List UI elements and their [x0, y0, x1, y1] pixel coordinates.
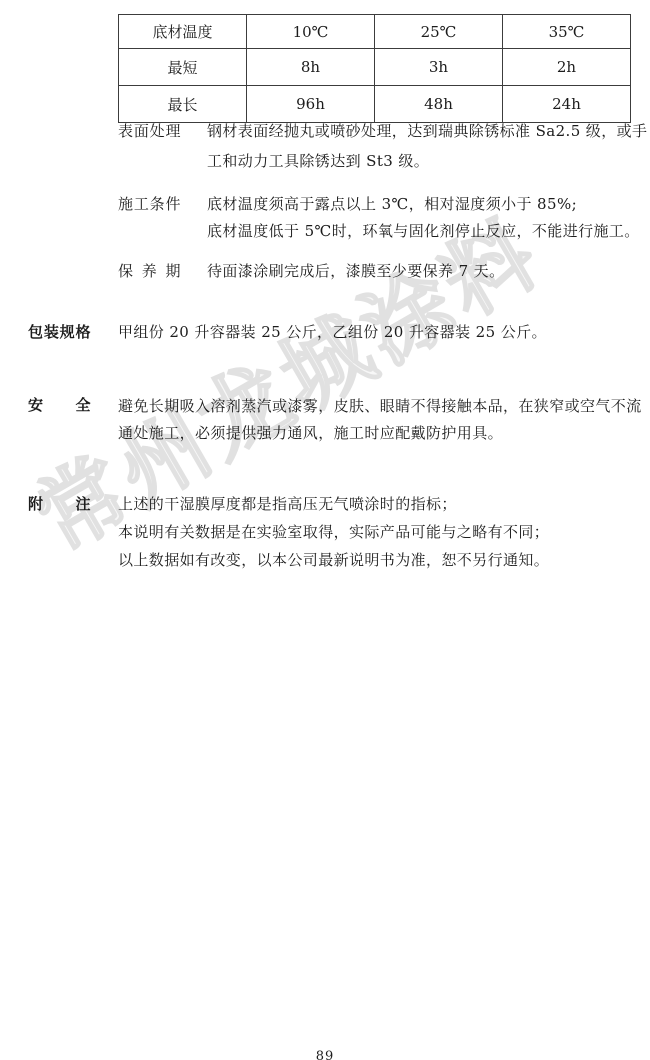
section-application-conditions: 施工条件 底材温度须高于露点以上 3℃，相对湿度须小于 85%; 底材温度低于 … [118, 194, 640, 248]
table-cell: 3h [375, 49, 503, 86]
table-cell: 2h [503, 49, 631, 86]
table-cell: 底材温度 [119, 15, 247, 49]
section-body: 待面漆涂刷完成后，漆膜至少要保养 7 天。 [207, 261, 504, 282]
section-label: 表面处理 [118, 121, 181, 142]
document-page: 常州龙城涂料 底材温度 10℃ 25℃ 35℃ 最短 8h 3h 2h 最长 9… [0, 0, 650, 1060]
section-notes: 附注 上述的干湿膜厚度都是指高压无气喷涂时的指标； 本说明有关数据是在实验室取得… [28, 494, 549, 578]
section-body: 上述的干湿膜厚度都是指高压无气喷涂时的指标； 本说明有关数据是在实验室取得，实际… [118, 494, 549, 578]
table-cell: 25℃ [375, 15, 503, 49]
section-safety: 安全 避免长期吸入溶剂蒸汽或漆雾，皮肤、眼睛不得接触本品，在狭窄或空气不流 通处… [28, 395, 642, 450]
section-label: 保养期 [118, 261, 181, 282]
text-line: 甲组份 20 升容器装 25 公斤，乙组份 20 升容器装 25 公斤。 [118, 322, 547, 343]
table-row: 最短 8h 3h 2h [119, 49, 631, 86]
section-label: 附注 [28, 494, 91, 515]
table-cell: 10℃ [247, 15, 375, 49]
section-body: 钢材表面经抛丸或喷砂处理，达到瑞典除锈标准 Sa2.5 级，或手 工和动力工具除… [207, 121, 647, 181]
text-line: 底材温度低于 5℃时，环氧与固化剂停止反应，不能进行施工。 [207, 215, 640, 248]
section-curing-period: 保养期 待面漆涂刷完成后，漆膜至少要保养 7 天。 [118, 261, 504, 282]
section-packaging-spec: 包装规格 甲组份 20 升容器装 25 公斤，乙组份 20 升容器装 25 公斤… [28, 322, 547, 343]
section-body: 避免长期吸入溶剂蒸汽或漆雾，皮肤、眼睛不得接触本品，在狭窄或空气不流 通处施工，… [118, 395, 642, 450]
section-body: 底材温度须高于露点以上 3℃，相对湿度须小于 85%; 底材温度低于 5℃时，环… [207, 194, 640, 248]
section-surface-treatment: 表面处理 钢材表面经抛丸或喷砂处理，达到瑞典除锈标准 Sa2.5 级，或手 工和… [118, 121, 647, 181]
section-label: 施工条件 [118, 194, 181, 215]
table-cell: 35℃ [503, 15, 631, 49]
section-body: 甲组份 20 升容器装 25 公斤，乙组份 20 升容器装 25 公斤。 [118, 322, 547, 343]
table-row: 底材温度 10℃ 25℃ 35℃ [119, 15, 631, 49]
section-label: 安全 [28, 395, 91, 416]
section-label: 包装规格 [28, 322, 91, 343]
text-line: 待面漆涂刷完成后，漆膜至少要保养 7 天。 [207, 261, 504, 282]
page-number: 89 [0, 1049, 650, 1060]
text-line: 以上数据如有改变，以本公司最新说明书为准，恕不另行通知。 [118, 543, 549, 578]
table-cell: 最短 [119, 49, 247, 86]
table-cell: 8h [247, 49, 375, 86]
recoat-interval-table: 底材温度 10℃ 25℃ 35℃ 最短 8h 3h 2h 最长 96h 48h … [118, 14, 631, 123]
